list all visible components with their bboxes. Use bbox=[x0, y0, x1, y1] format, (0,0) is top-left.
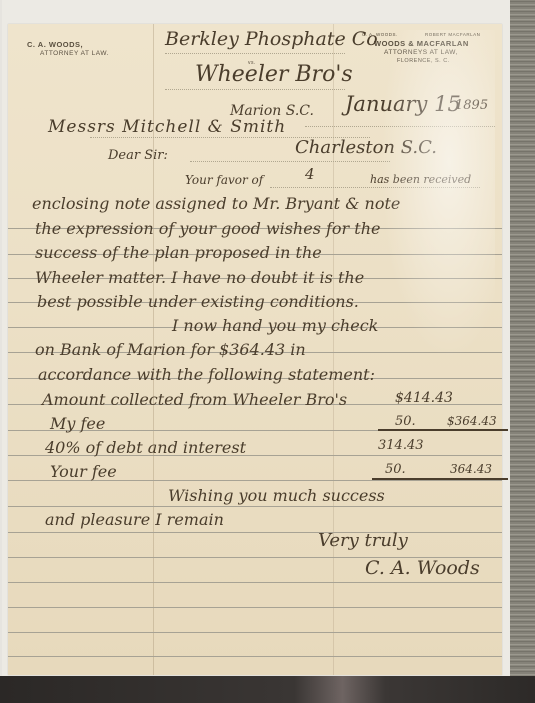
body-line: best possible under existing conditions. bbox=[37, 292, 359, 311]
body-line: accordance with the following statement: bbox=[38, 365, 375, 384]
closing-line: Wishing you much success bbox=[168, 486, 385, 505]
letterhead-firm-name: WOODS & MACFARLAN bbox=[374, 39, 469, 48]
statement-row-label: My fee bbox=[50, 414, 105, 433]
body-line: the expression of your good wishes for t… bbox=[35, 219, 380, 238]
body-line: I now hand you my check bbox=[172, 316, 378, 335]
ruled-line bbox=[8, 607, 502, 608]
body-line1-number: 4 bbox=[305, 165, 315, 183]
letterhead-partner-2: ROBERT MACFARLAN bbox=[425, 32, 480, 37]
sum-underline bbox=[372, 478, 508, 480]
sum-underline bbox=[378, 429, 508, 431]
body-line: success of the plan proposed in the bbox=[35, 243, 322, 262]
statement-row-fee: 50. bbox=[395, 414, 416, 429]
valediction: Very truly bbox=[318, 530, 408, 551]
ruled-line bbox=[8, 532, 502, 533]
body-line: on Bank of Marion for $364.43 in bbox=[35, 340, 306, 359]
addressee-name: Messrs Mitchell & Smith bbox=[48, 117, 286, 137]
letterhead-firm-title: ATTORNEYS AT LAW, bbox=[384, 49, 458, 56]
statement-row-amount: 314.43 bbox=[378, 438, 424, 453]
backdrop-bottom bbox=[0, 676, 535, 703]
closing-line: and pleasure I remain bbox=[45, 510, 224, 529]
backdrop-right bbox=[510, 0, 535, 703]
case-plaintiff: Berkley Phosphate Co bbox=[165, 28, 378, 50]
addressee-city: Charleston S.C. bbox=[295, 137, 437, 158]
statement-row-amount: 364.43 bbox=[450, 462, 492, 476]
ruled-line bbox=[8, 506, 502, 507]
statement-row-label: Amount collected from Wheeler Bro's bbox=[42, 390, 347, 409]
fold-crease bbox=[333, 24, 334, 675]
dateline-year: 1895 bbox=[455, 98, 488, 113]
body-line: enclosing note assigned to Mr. Bryant & … bbox=[32, 194, 400, 213]
case-defendant: Wheeler Bro's bbox=[195, 62, 353, 87]
body-line: Wheeler matter. I have no doubt it is th… bbox=[35, 268, 364, 287]
salutation: Dear Sir: bbox=[108, 148, 168, 163]
ruled-line bbox=[8, 632, 502, 633]
form-line bbox=[270, 187, 480, 188]
ruled-line bbox=[8, 656, 502, 657]
body-line1-suffix: has been received bbox=[370, 173, 471, 186]
letterhead-left-title: ATTORNEY AT LAW. bbox=[40, 50, 109, 57]
form-line bbox=[165, 53, 345, 54]
statement-row-amount: $414.43 bbox=[395, 390, 453, 406]
ruled-line bbox=[8, 582, 502, 583]
statement-row-amount: $364.43 bbox=[447, 414, 497, 428]
letterhead-left-name: C. A. WOODS, bbox=[27, 40, 83, 49]
body-line1-prefix: Your favor of bbox=[185, 173, 263, 187]
dateline-date: January 15 bbox=[345, 92, 461, 116]
statement-row-label: Your fee bbox=[50, 462, 117, 481]
letterhead-firm-city: FLORENCE, S. C. bbox=[397, 58, 450, 64]
statement-row-label: 40% of debt and interest bbox=[45, 438, 246, 457]
form-line bbox=[305, 126, 495, 127]
form-line bbox=[165, 89, 345, 90]
signature: C. A. Woods bbox=[365, 557, 480, 579]
form-line bbox=[190, 161, 390, 162]
statement-row-fee: 50. bbox=[385, 462, 406, 477]
